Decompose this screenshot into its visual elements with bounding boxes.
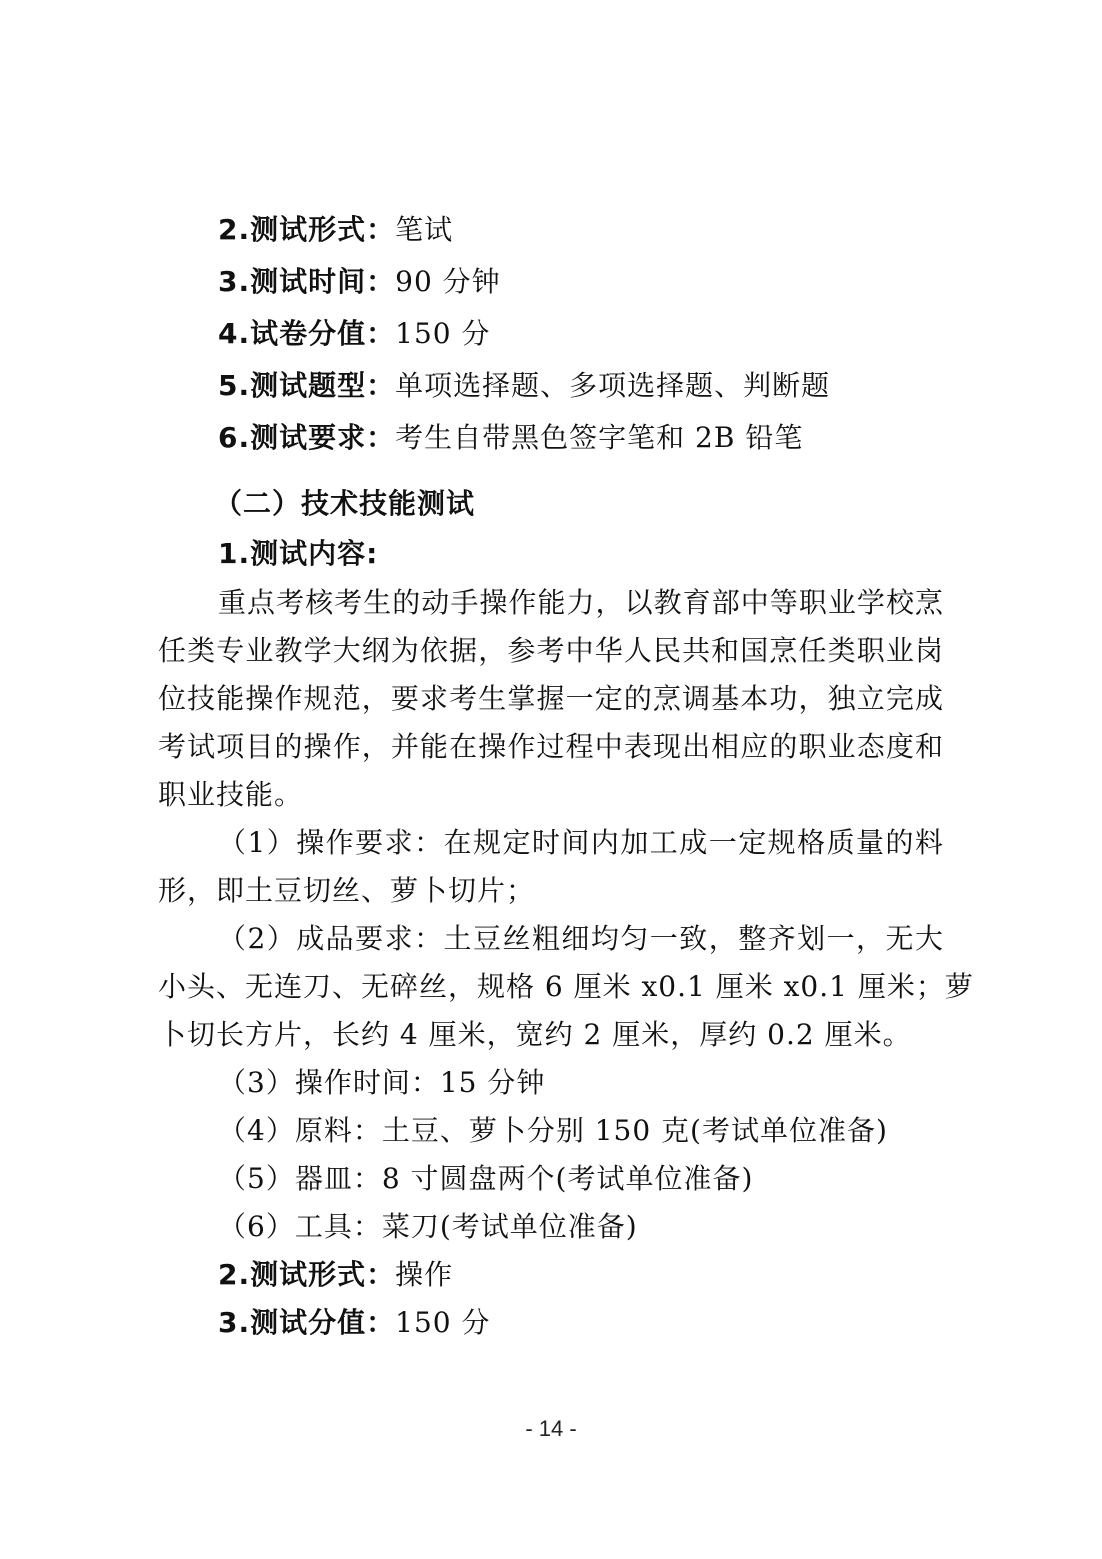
paragraph-line: 任类专业教学大纲为依据，参考中华人民共和国烹任类职业岗 bbox=[158, 634, 944, 668]
paragraph-line: 重点考核考生的动手操作能力，以教育部中等职业学校烹 bbox=[218, 586, 944, 620]
field-label: 6.测试要求： bbox=[218, 421, 395, 454]
written-test-score: 4.试卷分值：150 分 bbox=[218, 317, 490, 351]
field-label: 2.测试形式： bbox=[218, 1258, 395, 1291]
field-label: 3.测试分值： bbox=[218, 1306, 395, 1339]
skill-test-form: 2.测试形式：操作 bbox=[218, 1258, 453, 1292]
field-value: 单项选择题、多项选择题、判断题 bbox=[395, 369, 830, 402]
item-operation-requirements-cont: 形，即土豆切丝、萝卜切片； bbox=[158, 874, 535, 908]
written-test-form: 2.测试形式：笔试 bbox=[218, 213, 453, 247]
field-value: 150 分 bbox=[395, 317, 490, 350]
content-label: 1.测试内容: bbox=[218, 537, 378, 571]
item-operation-time: （3）操作时间：15 分钟 bbox=[218, 1066, 545, 1100]
field-label: 5.测试题型： bbox=[218, 369, 395, 402]
skill-test-score: 3.测试分值：150 分 bbox=[218, 1306, 490, 1340]
section-heading: （二）技术技能测试 bbox=[214, 487, 475, 521]
paragraph-line: 职业技能。 bbox=[158, 778, 303, 812]
paragraph-line: 位技能操作规范，要求考生掌握一定的烹调基本功，独立完成 bbox=[158, 682, 944, 716]
field-value: 考生自带黑色签字笔和 2B 铅笔 bbox=[395, 421, 803, 454]
item-product-requirements-cont: 卜切长方片，长约 4 厘米，宽约 2 厘米，厚约 0.2 厘米。 bbox=[158, 1018, 912, 1052]
field-value: 操作 bbox=[395, 1258, 453, 1291]
field-value: 150 分 bbox=[395, 1306, 490, 1339]
written-test-requirements: 6.测试要求：考生自带黑色签字笔和 2B 铅笔 bbox=[218, 421, 803, 455]
item-product-requirements: （2）成品要求：土豆丝粗细均匀一致，整齐划一，无大 bbox=[218, 922, 944, 956]
field-label: 4.试卷分值： bbox=[218, 317, 395, 350]
item-product-requirements-cont: 小头、无连刀、无碎丝，规格 6 厘米 x0.1 厘米 x0.1 厘米；萝 bbox=[158, 970, 944, 1004]
item-utensils: （5）器皿：8 寸圆盘两个(考试单位准备) bbox=[218, 1162, 753, 1196]
field-label: 3.测试时间： bbox=[218, 265, 395, 298]
field-label: 2.测试形式： bbox=[218, 213, 395, 246]
written-test-time: 3.测试时间：90 分钟 bbox=[218, 265, 501, 299]
written-test-question-types: 5.测试题型：单项选择题、多项选择题、判断题 bbox=[218, 369, 830, 403]
field-value: 90 分钟 bbox=[395, 265, 501, 298]
item-materials: （4）原料：土豆、萝卜分别 150 克(考试单位准备) bbox=[218, 1114, 888, 1148]
paragraph-line: 考试项目的操作，并能在操作过程中表现出相应的职业态度和 bbox=[158, 730, 944, 764]
item-operation-requirements: （1）操作要求：在规定时间内加工成一定规格质量的料 bbox=[218, 826, 944, 860]
page-number: - 14 - bbox=[0, 1416, 1102, 1442]
field-value: 笔试 bbox=[395, 213, 453, 246]
item-tools: （6）工具：菜刀(考试单位准备) bbox=[218, 1210, 638, 1244]
